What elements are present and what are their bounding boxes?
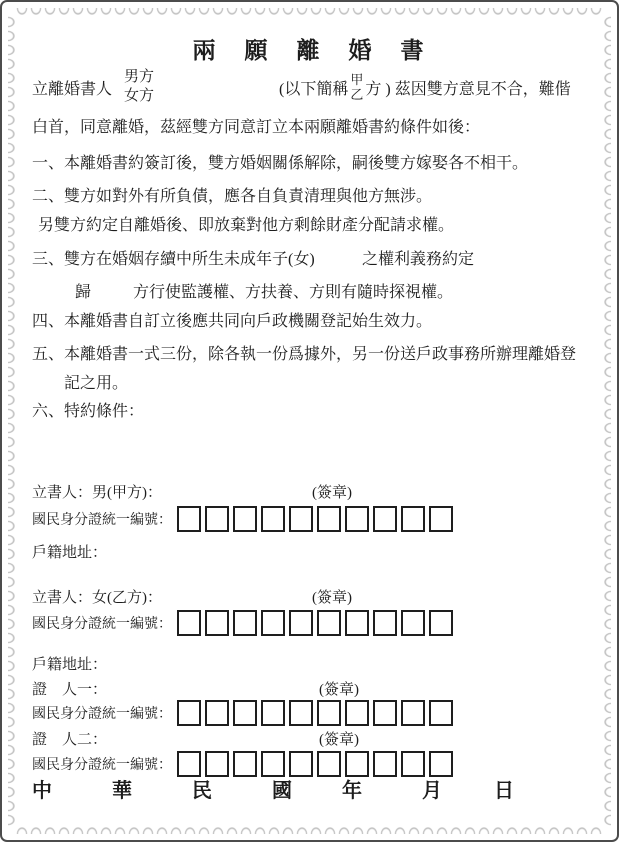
- address-label-female: 戶籍地址：: [32, 653, 107, 674]
- id-digit-box: [289, 610, 313, 636]
- id-digit-box: [177, 610, 201, 636]
- date-char: 中: [32, 774, 52, 803]
- seal-hint-male: (簽章): [312, 481, 352, 502]
- abbrev-yi: 乙: [350, 87, 363, 102]
- id-digit-box: [401, 700, 425, 726]
- id-digit-boxes: [177, 610, 457, 636]
- clause-2: 二、雙方如對外有所負債，應各自負責清理與他方無涉。: [32, 183, 432, 206]
- seal-hint-female: (簽章): [312, 586, 352, 607]
- id-label: 國民身分證統一編號：: [32, 613, 172, 633]
- id-digit-box: [177, 700, 201, 726]
- id-digit-boxes: [177, 700, 457, 726]
- id-digit-box: [401, 506, 425, 532]
- address-label-male: 戶籍地址：: [32, 541, 107, 562]
- clause-5: 五、本離婚書一式三份，除各執一份爲據外，另一份送戶政事務所辦理離婚登: [32, 341, 576, 364]
- abbrev-stack: 甲 乙: [350, 72, 363, 102]
- id-digit-box: [261, 610, 285, 636]
- parties-line: 立離婚書人 男方 女方 (以下簡稱 甲 乙 方 ) 茲因雙方意見不合，難偕: [32, 66, 593, 108]
- custody-head: 歸: [75, 284, 91, 301]
- id-digit-box: [317, 610, 341, 636]
- id-label: 國民身分證統一編號：: [32, 703, 172, 723]
- id-number-row-witness-1: 國民身分證統一編號：: [32, 699, 457, 727]
- scalloped-border-right: [602, 15, 611, 827]
- id-digit-box: [205, 506, 229, 532]
- id-digit-box: [317, 506, 341, 532]
- party-declaration: 立離婚書人 男方 女方: [32, 66, 154, 108]
- scalloped-border-bottom: [15, 825, 604, 834]
- id-digit-box: [429, 506, 453, 532]
- clause-3-right: 之權利義務約定: [362, 246, 474, 269]
- id-digit-box: [233, 610, 257, 636]
- id-digit-box: [289, 506, 313, 532]
- id-digit-box: [345, 506, 369, 532]
- seal-hint-witness-1: (簽章): [319, 678, 359, 699]
- date-line: 中 華 民 國 年 月 日: [32, 774, 593, 802]
- id-digit-box: [289, 700, 313, 726]
- date-char: 民: [192, 774, 212, 803]
- clause-1: 一、本離婚書約簽訂後，雙方婚姻關係解除，嗣後雙方嫁娶各不相干。: [32, 150, 528, 173]
- clause-3-custody-line: 歸 方行使監護權、方扶養、方則有隨時探視權。: [75, 279, 453, 302]
- party-male-label: 男方: [124, 68, 154, 87]
- clause-6: 六、特約條件：: [32, 398, 144, 421]
- intro-continuation: 白首，同意離婚，茲經雙方同意訂立本兩願離婚書約條件如後：: [32, 114, 480, 137]
- clause-5-continuation: 記之用。: [64, 370, 128, 393]
- witness-1-line: 證 人一： (簽章): [32, 678, 593, 699]
- scalloped-border-top: [15, 8, 604, 17]
- date-char: 國: [272, 774, 292, 803]
- witness-2-label: 證 人二：: [32, 732, 107, 748]
- signer-female-label: 立書人：女(乙方)：: [32, 590, 162, 606]
- date-char-day: 日: [494, 774, 514, 803]
- id-label: 國民身分證統一編號：: [32, 754, 172, 774]
- party-female-label: 女方: [124, 87, 154, 106]
- id-digit-box: [429, 610, 453, 636]
- signer-male-line: 立書人：男(甲方)： (簽章): [32, 481, 593, 502]
- abbreviation-clause: (以下簡稱 甲 乙 方 ) 茲因雙方意見不合，難偕: [279, 66, 571, 108]
- abbrev-jia: 甲: [350, 72, 363, 87]
- id-digit-box: [261, 506, 285, 532]
- id-digit-box: [373, 506, 397, 532]
- date-char-year: 年: [342, 774, 362, 803]
- id-digit-box: [317, 700, 341, 726]
- id-number-row-female: 國民身分證統一編號：: [32, 609, 457, 637]
- custody-rest: 方行使監護權、方扶養、方則有隨時探視權。: [133, 284, 453, 301]
- clause-4: 四、本離婚書自訂立後應共同向戶政機關登記始生效力。: [32, 308, 432, 331]
- id-digit-boxes: [177, 506, 457, 532]
- abbrev-prefix: (以下簡稱: [279, 76, 348, 99]
- id-digit-box: [401, 610, 425, 636]
- signer-male-label: 立書人：男(甲方)：: [32, 485, 162, 501]
- id-digit-box: [373, 610, 397, 636]
- party-stack: 男方 女方: [124, 68, 154, 106]
- witness-2-line: 證 人二： (簽章): [32, 728, 593, 749]
- id-digit-box: [233, 700, 257, 726]
- document-title: 兩 願 離 婚 書: [2, 32, 617, 65]
- id-digit-box: [233, 506, 257, 532]
- clause-2-addendum: 另雙方約定自離婚後、即放棄對他方剩餘財產分配請求權。: [38, 212, 454, 235]
- abbrev-suffix: 方 ) 茲因雙方意見不合，難偕: [365, 76, 570, 99]
- date-char-month: 月: [422, 774, 442, 803]
- id-digit-box: [373, 700, 397, 726]
- clause-3: 三、雙方在婚姻存續中所生未成年子(女) 之權利義務約定: [32, 246, 593, 269]
- seal-hint-witness-2: (簽章): [319, 728, 359, 749]
- signer-female-line: 立書人：女(乙方)： (簽章): [32, 586, 593, 607]
- id-digit-box: [261, 700, 285, 726]
- witness-1-label: 證 人一：: [32, 682, 107, 698]
- id-digit-box: [429, 700, 453, 726]
- party-label: 立離婚書人: [32, 76, 112, 99]
- date-char: 華: [112, 774, 132, 803]
- id-digit-box: [345, 610, 369, 636]
- divorce-agreement-form: 兩 願 離 婚 書 立離婚書人 男方 女方 (以下簡稱 甲 乙 方 ) 茲因雙方…: [0, 0, 619, 842]
- id-digit-box: [205, 700, 229, 726]
- clause-3-left: 三、雙方在婚姻存續中所生未成年子(女): [32, 251, 315, 268]
- id-digit-box: [177, 506, 201, 532]
- id-label: 國民身分證統一編號：: [32, 509, 172, 529]
- id-digit-box: [205, 610, 229, 636]
- id-digit-box: [345, 700, 369, 726]
- scalloped-border-left: [8, 15, 17, 827]
- id-number-row-male: 國民身分證統一編號：: [32, 505, 457, 533]
